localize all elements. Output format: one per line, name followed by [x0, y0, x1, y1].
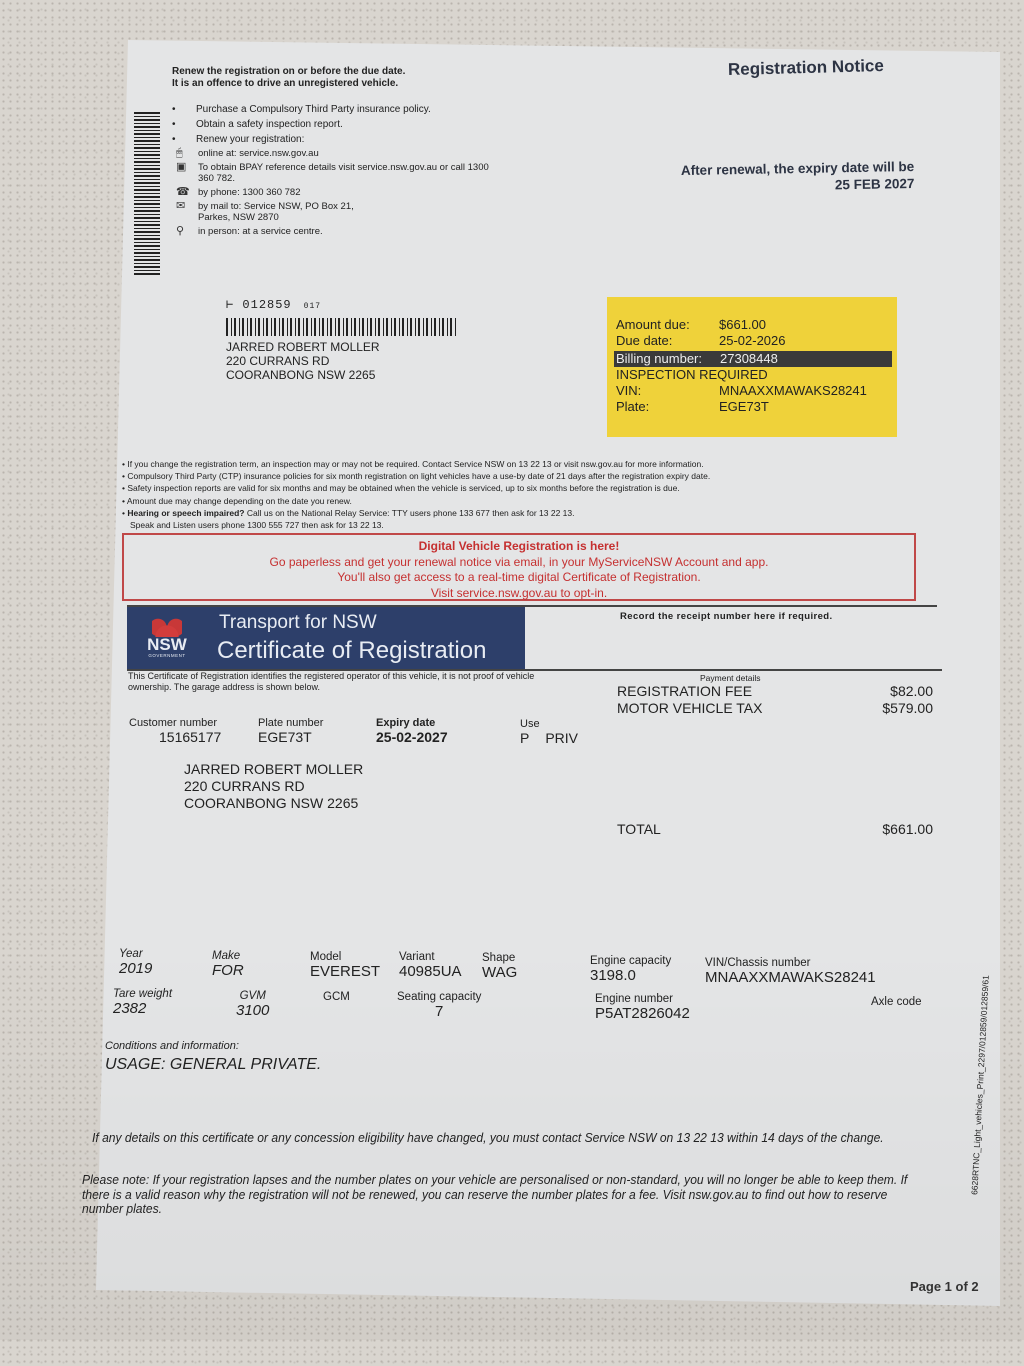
- after-renewal-expiry: After renewal, the expiry date will be 2…: [680, 158, 914, 196]
- amount-due: Amount due:$661.00: [607, 317, 897, 333]
- mail-sequence: ⊢ 012859017: [226, 298, 458, 314]
- postal-barcode: [226, 318, 458, 336]
- vehicle-shape: WAG: [482, 964, 517, 981]
- total-row: TOTAL$661.00: [617, 821, 933, 838]
- vertical-barcode: [134, 112, 160, 277]
- conditions: Conditions and information: USAGE: GENER…: [105, 1040, 321, 1074]
- renew-bpay: ▣To obtain BPAY reference details visit …: [176, 162, 506, 184]
- payment-summary-box: Amount due:$661.00 Due date:25-02-2026 B…: [607, 297, 897, 437]
- renew-online: 🖱online at: service.nsw.gov.au: [176, 148, 506, 159]
- use-field: Use PPRIV: [520, 718, 578, 746]
- renew-options: 🖱online at: service.nsw.gov.au ▣To obtai…: [176, 148, 506, 240]
- receipt-note: Record the receipt number here if requir…: [620, 611, 833, 622]
- engine-number: P5AT2826042: [595, 1005, 690, 1022]
- mail-icon: ✉: [176, 201, 198, 212]
- renewal-warning: Renew the registration on or before the …: [172, 66, 405, 90]
- person-icon: ⚲: [176, 226, 198, 237]
- digital-registration-banner: Digital Vehicle Registration is here! Go…: [122, 533, 916, 601]
- renew-in-person: ⚲in person: at a service centre.: [176, 226, 506, 237]
- tare-weight: 2382: [113, 1000, 172, 1017]
- page-number: Page 1 of 2: [910, 1279, 979, 1294]
- renewal-steps: Purchase a Compulsory Third Party insura…: [172, 102, 431, 147]
- warning-line-2: It is an offence to drive an unregistere…: [172, 78, 405, 90]
- mouse-icon: 🖱: [176, 148, 198, 159]
- vehicle-year: 2019: [119, 960, 152, 977]
- vehicle-make: FOR: [212, 962, 244, 979]
- axle-code: Axle code: [871, 996, 922, 1008]
- vehicle-model: EVEREST: [310, 963, 380, 980]
- due-date: Due date:25-02-2026: [607, 333, 897, 349]
- payment-details-label: Payment details: [700, 673, 760, 683]
- step-renew: Renew your registration:: [172, 132, 431, 147]
- plate-number-field: Plate number EGE73T: [258, 717, 323, 745]
- mailing-address: ⊢ 012859017 JARRED ROBERT MOLLER 220 CUR…: [226, 298, 458, 382]
- renew-mail: ✉by mail to: Service NSW, PO Box 21, Par…: [176, 201, 376, 223]
- vin-row: VIN:MNAAXXMAWAKS28241: [607, 383, 897, 399]
- mail-suburb: COORANBONG NSW 2265: [226, 368, 458, 382]
- billing-number: Billing number:27308448: [614, 351, 892, 367]
- plate-row: Plate:EGE73T: [607, 399, 897, 415]
- vehicle-variant: 40985UA: [399, 963, 462, 980]
- renew-phone: ☎by phone: 1300 360 782: [176, 187, 506, 198]
- certificate-header: NSW GOVERNMENT Transport for NSW Certifi…: [127, 607, 525, 669]
- engine-capacity: 3198.0: [590, 967, 671, 984]
- customer-number-field: Customer number 15165177: [129, 717, 221, 745]
- inspection-required: INSPECTION REQUIRED: [607, 367, 897, 383]
- fee-row: REGISTRATION FEE$82.00: [617, 683, 933, 700]
- information-notes: If you change the registration term, an …: [122, 458, 822, 531]
- change-notice: If any details on this certificate or an…: [92, 1130, 892, 1145]
- bpay-icon: ▣: [176, 162, 198, 173]
- payment-details: REGISTRATION FEE$82.00 MOTOR VEHICLE TAX…: [617, 683, 933, 838]
- phone-icon: ☎: [176, 187, 198, 198]
- mail-name: JARRED ROBERT MOLLER: [226, 340, 458, 354]
- fee-row: MOTOR VEHICLE TAX$579.00: [617, 700, 933, 717]
- mail-street: 220 CURRANS RD: [226, 354, 458, 368]
- vin-chassis: MNAAXXMAWAKS28241: [705, 969, 876, 986]
- agency-name: Transport for NSW: [219, 612, 377, 634]
- expiry-date-field: Expiry date 25-02-2027: [376, 717, 448, 745]
- step-ctp: Purchase a Compulsory Third Party insura…: [172, 102, 431, 117]
- hearing-note: Hearing or speech impaired? Call us on t…: [122, 507, 822, 519]
- certificate-title: Certificate of Registration: [217, 637, 486, 665]
- step-inspection: Obtain a safety inspection report.: [172, 117, 431, 132]
- certificate-disclaimer: This Certificate of Registration identif…: [128, 671, 538, 693]
- notice-title: Registration Notice: [728, 56, 884, 80]
- registered-operator: JARRED ROBERT MOLLER 220 CURRANS RD COOR…: [184, 761, 363, 812]
- waratah-icon: [152, 613, 182, 637]
- plates-notice: Please note: If your registration lapses…: [82, 1173, 919, 1217]
- warning-line-1: Renew the registration on or before the …: [172, 66, 405, 78]
- nsw-government-logo: NSW GOVERNMENT: [145, 613, 189, 658]
- gvm: 3100: [236, 1002, 269, 1019]
- seating-capacity: 7: [397, 1003, 481, 1020]
